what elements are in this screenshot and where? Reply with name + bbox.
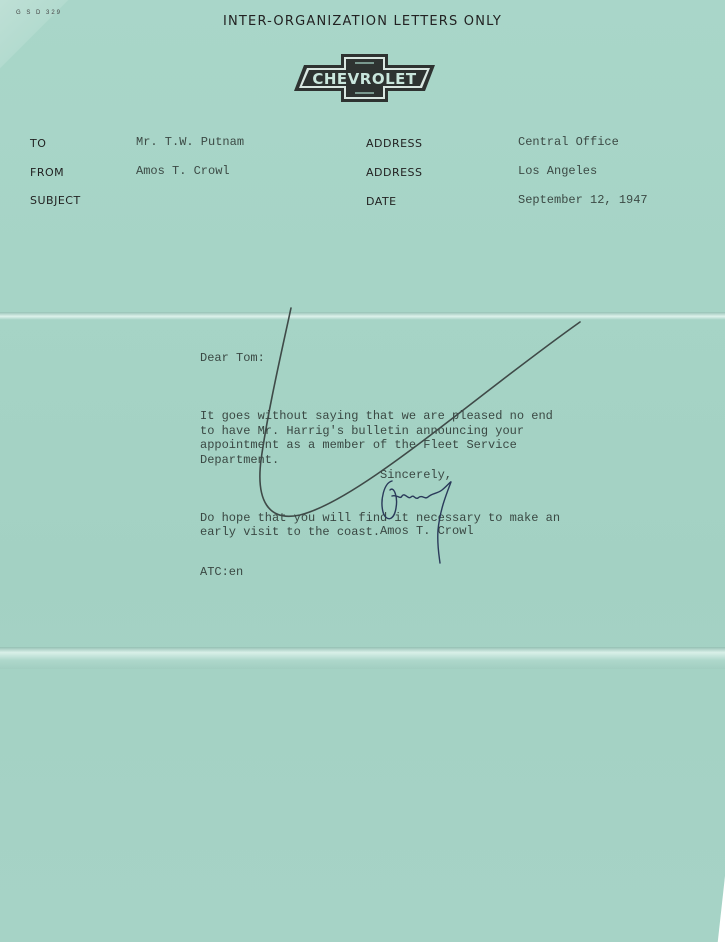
address-label-2: ADDRESS <box>366 166 423 179</box>
from-value: Amos T. Crowl <box>136 164 230 178</box>
address-value-1: Central Office <box>518 135 619 149</box>
date-value: September 12, 1947 <box>518 193 648 207</box>
address-value-2: Los Angeles <box>518 164 597 178</box>
fold-crease-lower <box>0 647 725 669</box>
fold-crease-upper <box>0 312 725 320</box>
to-label: TO <box>30 137 46 150</box>
address-label-1: ADDRESS <box>366 137 423 150</box>
typist-initials: ATC:en <box>200 565 243 579</box>
paragraph-1: It goes without saying that we are pleas… <box>200 409 560 467</box>
from-label: FROM <box>30 166 64 179</box>
subject-label: SUBJECT <box>30 194 81 207</box>
logo-text: CHEVROLET <box>312 70 417 88</box>
signer-name: Amos T. Crowl <box>380 524 474 538</box>
date-label: DATE <box>366 195 397 208</box>
form-heading: INTER-ORGANIZATION LETTERS ONLY <box>0 14 725 29</box>
to-value: Mr. T.W. Putnam <box>136 135 244 149</box>
chevrolet-bowtie-icon: CHEVROLET <box>293 53 436 103</box>
salutation: Dear Tom: <box>200 351 560 366</box>
closing: Sincerely, <box>380 468 452 482</box>
